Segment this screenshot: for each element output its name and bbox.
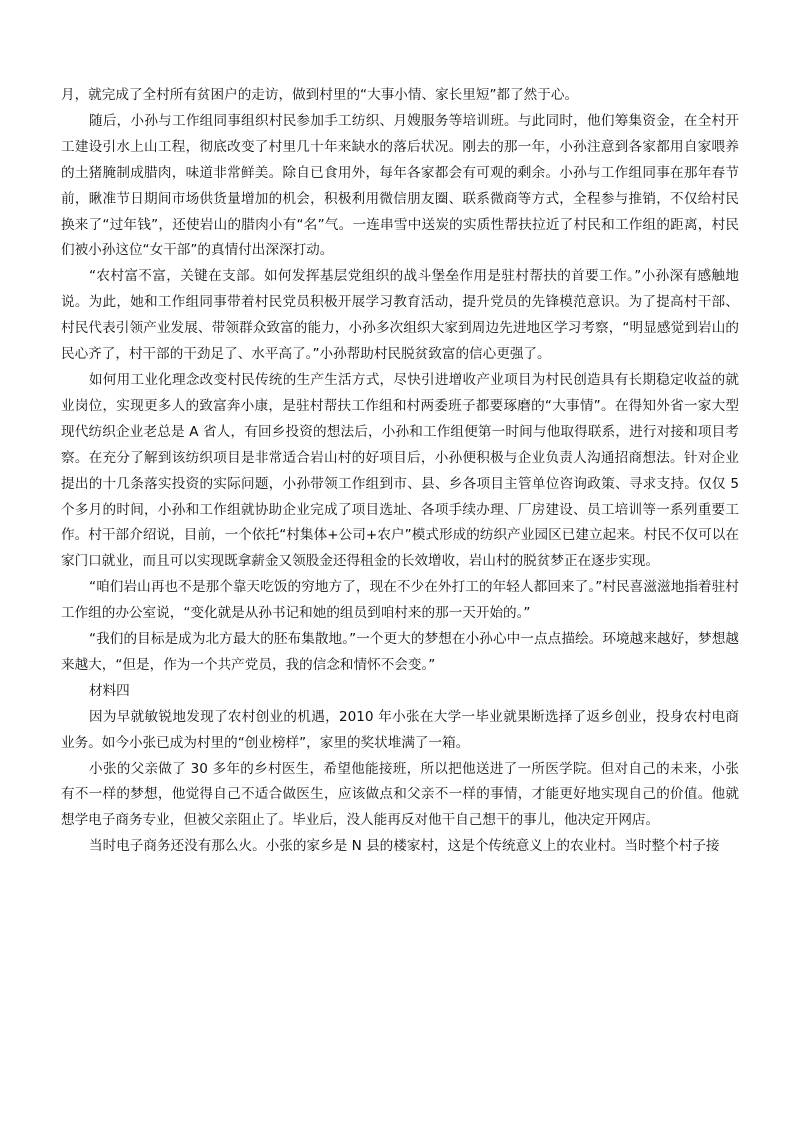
paragraph: 当时电子商务还没有那么火。小张的家乡是 N 县的楼家村，这是个传统意义上的农业村… (61, 834, 739, 860)
paragraph: 小张的父亲做了 30 多年的乡村医生，希望他能接班，所以把他送进了一所医学院。但… (61, 757, 739, 835)
paragraph: “我们的目标是成为北方最大的胚布集散地。”一个更大的梦想在小孙心中一点点描绘。环… (61, 627, 739, 679)
paragraph-continuation: 月，就完成了全村所有贫困户的走访，做到村里的“大事小情、家长里短”都了然于心。 (61, 83, 739, 109)
paragraph: 如何用工业化理念改变村民传统的生产生活方式，尽快引进增收产业项目为村民创造具有长… (61, 368, 739, 575)
paragraph: 随后，小孙与工作组同事组织村民参加手工纺织、月嫂服务等培训班。与此同时，他们筹集… (61, 109, 739, 264)
paragraph: 因为早就敏锐地发现了农村创业的机遇，2010 年小张在大学一毕业就果断选择了返乡… (61, 705, 739, 757)
document-page: 月，就完成了全村所有贫困户的走访，做到村里的“大事小情、家长里短”都了然于心。 … (61, 83, 739, 860)
section-heading-material-four: 材料四 (61, 679, 739, 705)
paragraph: “咱们岩山再也不是那个靠天吃饭的穷地方了，现在不少在外打工的年轻人都回来了。”村… (61, 575, 739, 627)
paragraph: “农村富不富，关键在支部。如何发挥基层党组织的战斗堡垒作用是驻村帮扶的首要工作。… (61, 264, 739, 368)
